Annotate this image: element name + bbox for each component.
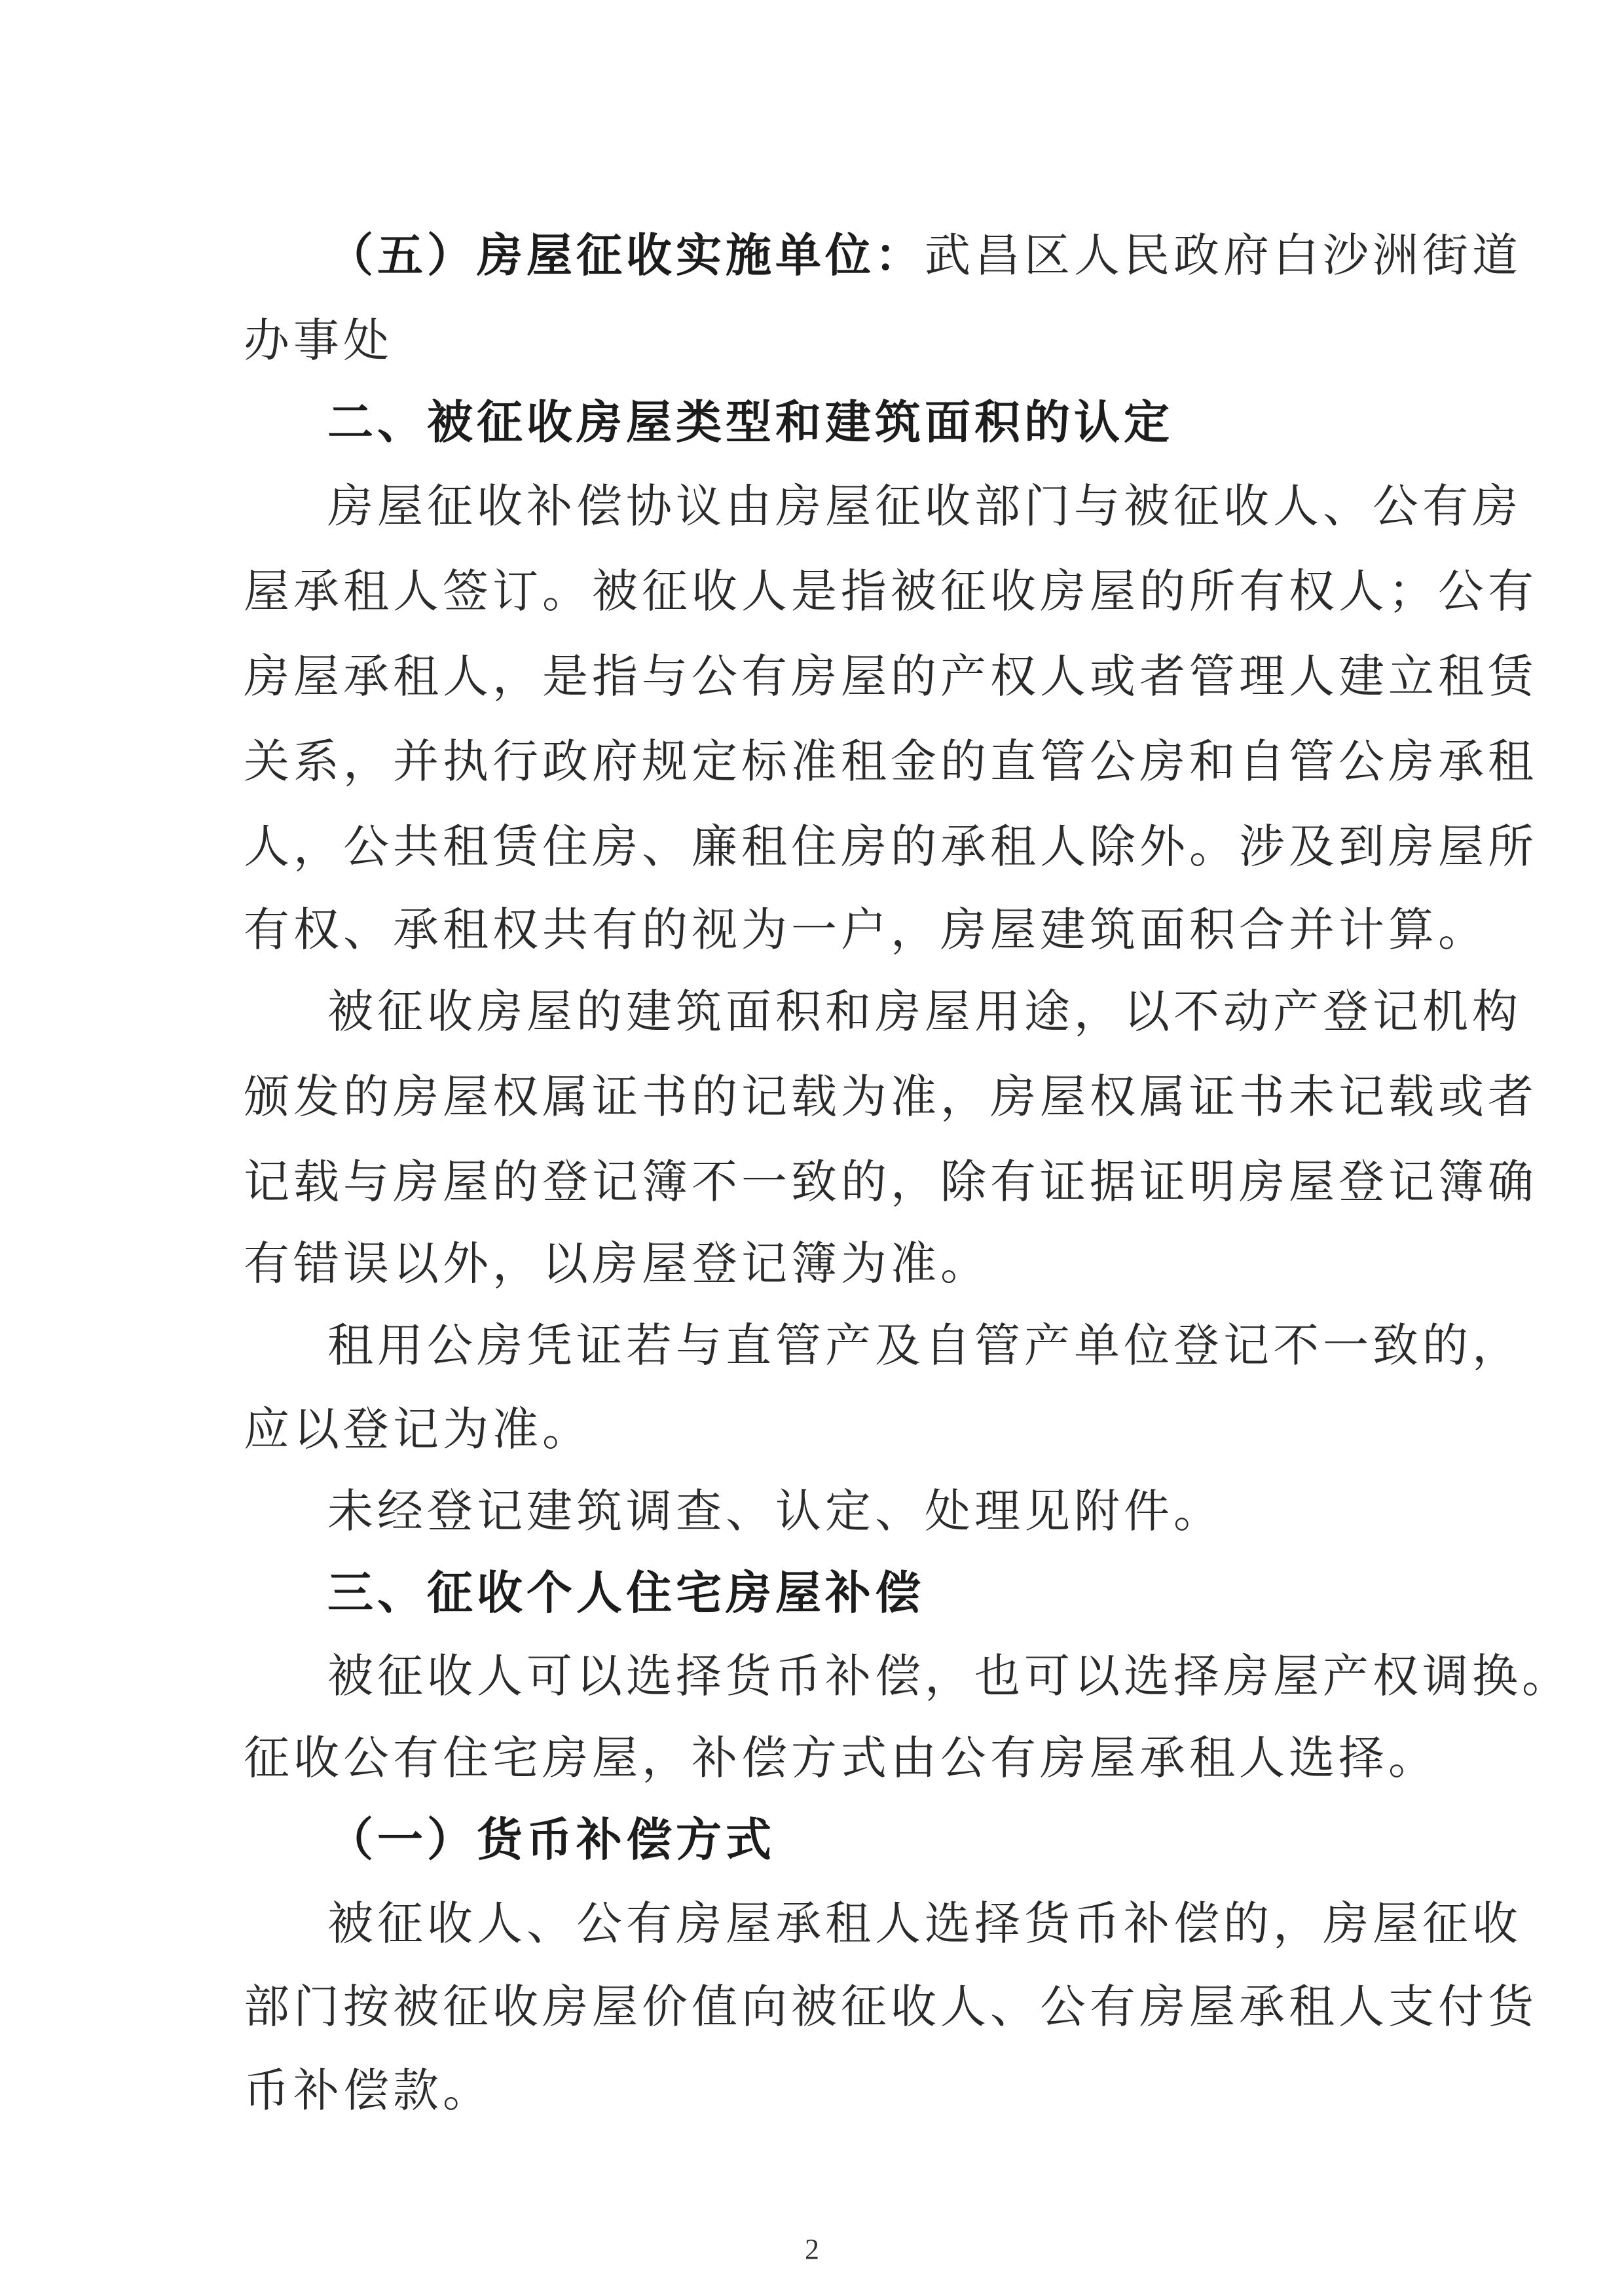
paragraph-line: 被征收人、公有房屋承租人选择货币补偿的，房屋征收 (327, 1894, 1403, 1953)
paragraph-line: 颁发的房屋权属证书的记载为准，房屋权属证书未记载或者 (244, 1067, 1403, 1126)
paragraph-line: 屋承租人签订。被征收人是指被征收房屋的所有权人；公有 (244, 562, 1403, 621)
subheading-implementation-unit: （五）房屋征收实施单位：武昌区人民政府白沙洲街道 (327, 226, 1522, 285)
page-number: 2 (0, 2232, 1624, 2266)
paragraph-line: 币补偿款。 (244, 2061, 492, 2120)
paragraph-line: 房屋征收补偿协议由房屋征收部门与被征收人、公有房 (327, 477, 1403, 536)
subheading-monetary-compensation: （一）货币补偿方式 (327, 1810, 775, 1869)
subheading-value: 武昌区人民政府白沙洲街道 (925, 228, 1522, 282)
paragraph-line: 被征收人可以选择货币补偿，也可以选择房屋产权调换。 (327, 1647, 1572, 1705)
section-heading-3: 三、征收个人住宅房屋补偿 (327, 1563, 925, 1622)
paragraph-line: 被征收房屋的建筑面积和房屋用途，以不动产登记机构 (327, 982, 1403, 1041)
paragraph-line: 有错误以外，以房屋登记簿为准。 (244, 1234, 990, 1293)
paragraph-line: 房屋承租人，是指与公有房屋的产权人或者管理人建立租赁 (244, 647, 1403, 706)
paragraph-line: 征收公有住宅房屋，补偿方式由公有房屋承租人选择。 (244, 1728, 1438, 1787)
paragraph-line: 人，公共租赁住房、廉租住房的承租人除外。涉及到房屋所 (244, 817, 1403, 876)
paragraph-line: 应以登记为准。 (244, 1400, 592, 1459)
paragraph-line: 部门按被征收房屋价值向被征收人、公有房屋承租人支付货 (244, 1977, 1403, 2036)
paragraph-line: 租用公房凭证若与直管产及自管产单位登记不一致的， (327, 1316, 1403, 1375)
paragraph-line: 未经登记建筑调查、认定、处理见附件。 (327, 1482, 1223, 1540)
paragraph-line: 办事处 (244, 311, 393, 370)
paragraph-line: 有权、承租权共有的视为一户，房屋建筑面积合并计算。 (244, 900, 1488, 959)
section-heading-2: 二、被征收房屋类型和建筑面积的认定 (327, 393, 1173, 452)
paragraph-line: 关系，并执行政府规定标准租金的直管公房和自管公房承租 (244, 732, 1403, 791)
subheading-label: （五）房屋征收实施单位： (327, 228, 925, 282)
paragraph-line: 记载与房屋的登记簿不一致的，除有证据证明房屋登记簿确 (244, 1152, 1403, 1211)
